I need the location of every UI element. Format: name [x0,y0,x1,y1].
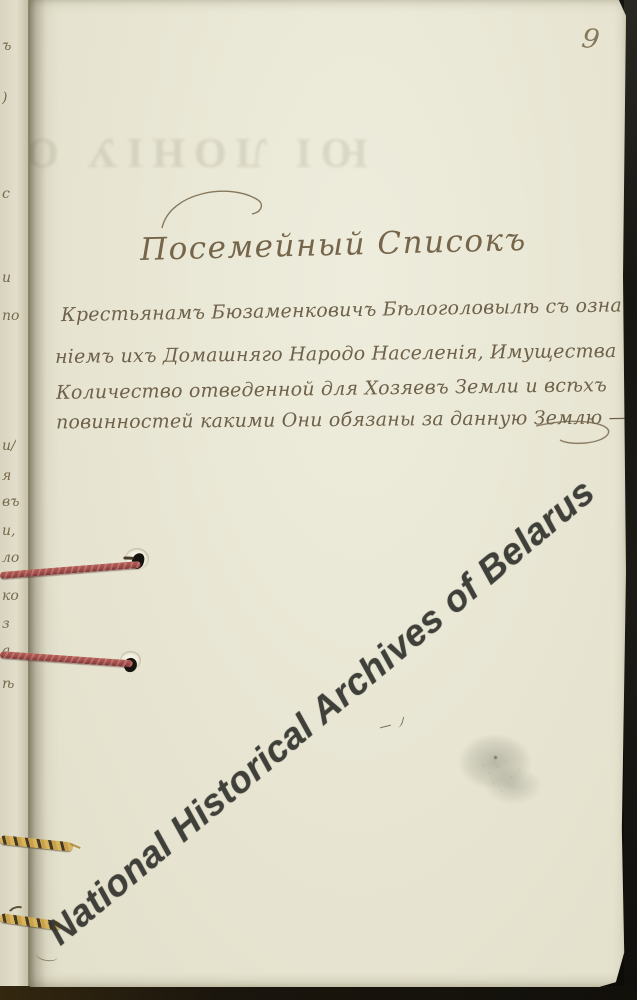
ink-smudge-stain [448,726,560,816]
handwritten-line: ніемъ ихъ Домашняго Народо Населенія, Им… [55,340,617,368]
stray-ink-mark [395,715,404,728]
margin-text-fragment: ѣ [2,676,14,692]
margin-text-fragment: по [2,308,19,324]
scan-edge-bottom [0,986,637,1000]
paragraph-end-flourish [530,416,622,448]
margin-text-fragment: ъ [2,38,11,54]
margin-text-fragment: с [2,186,10,202]
margin-text-fragment: з [2,616,10,632]
margin-text-fragment: ) [2,90,7,106]
margin-text-fragment: и [2,270,11,286]
title-flourish-stroke [152,180,274,232]
margin-text-fragment: я [2,468,11,484]
bleedthrough-stamp: ЮІ ЛОНІУ ОІ [58,128,368,176]
margin-text-fragment: ло [2,550,19,566]
margin-text-fragment: въ [2,494,19,510]
margin-text-fragment: и, [2,523,15,539]
stray-ink-mark [380,725,391,729]
margin-text-fragment: ко [2,588,19,604]
handwritten-line: Количество отведенной для Хозяевъ Земли … [56,374,607,404]
scan-edge-right [624,0,637,1000]
handwritten-line: Крестьянамъ Бюзаменковичъ Бѣлоголовылѣ с… [61,294,637,326]
margin-text-fragment: и/ [2,438,16,454]
page-number: 9 [580,23,602,56]
manuscript-page: 9 ЮІ ЛОНІУ ОІ Посемейный Списокъ Крестья… [30,0,626,987]
archival-document-scan: ъ ) с и по и/ я въ и, ло ко з а ѣ 9 ЮІ Л… [0,0,637,1000]
